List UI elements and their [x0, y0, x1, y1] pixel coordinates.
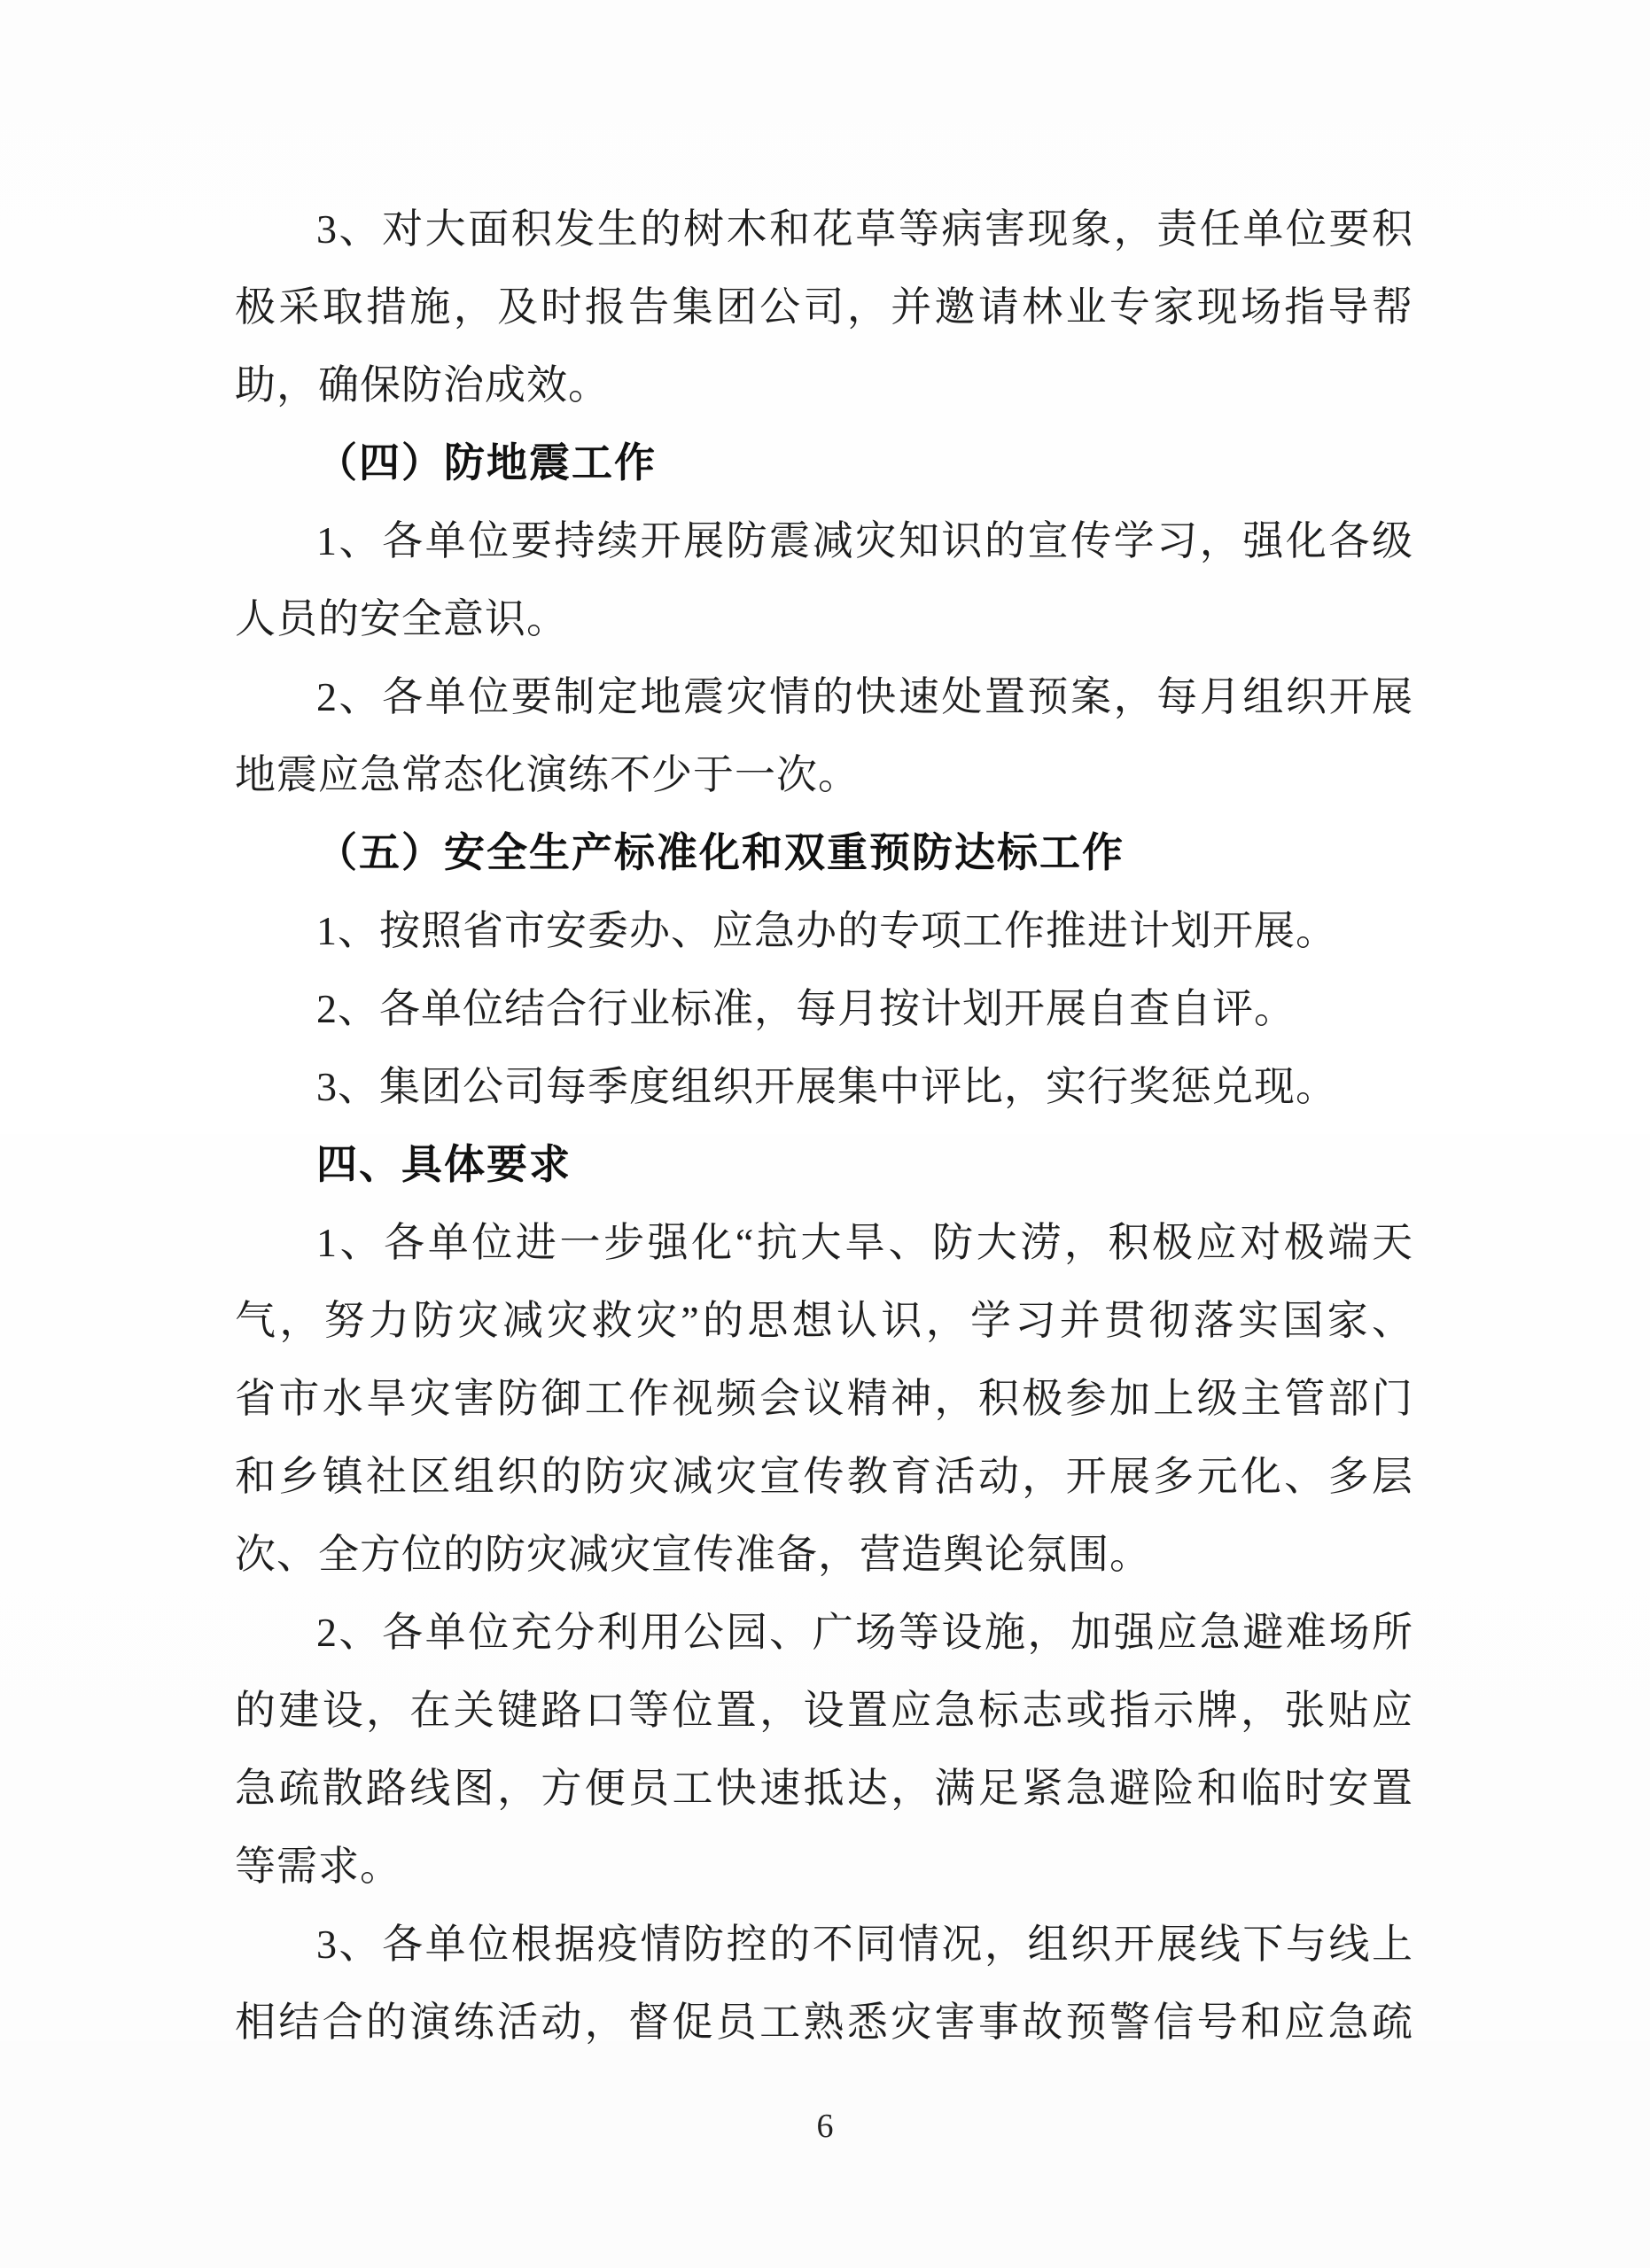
body-line: 1、各单位要持续开展防震减灾知识的宣传学习，强化各级: [235, 502, 1413, 580]
scanned-document-page: 3、对大面积发生的树木和花草等病害现象，责任单位要积 极采取措施，及时报告集团公…: [0, 0, 1650, 2268]
body-line: 2、各单位结合行业标准，每月按计划开展自查自评。: [235, 970, 1413, 1048]
body-line: 次、全方位的防灾减灾宣传准备，营造舆论氛围。: [235, 1516, 1413, 1594]
body-line: 助，确保防治成效。: [235, 346, 1413, 424]
body-line: 省市水旱灾害防御工作视频会议精神，积极参加上级主管部门: [235, 1360, 1413, 1438]
body-line: 2、各单位要制定地震灾情的快速处置预案，每月组织开展: [235, 658, 1413, 736]
body-line: 人员的安全意识。: [235, 580, 1413, 658]
body-line: 相结合的演练活动，督促员工熟悉灾害事故预警信号和应急疏: [235, 1984, 1413, 2062]
section-heading-5: （五）安全生产标准化和双重预防达标工作: [235, 814, 1413, 892]
body-line: 急疏散路线图，方便员工快速抵达，满足紧急避险和临时安置: [235, 1750, 1413, 1828]
body-line: 气，努力防灾减灾救灾”的思想认识，学习并贯彻落实国家、: [235, 1282, 1413, 1360]
section-heading-4: （四）防地震工作: [235, 424, 1413, 502]
body-line: 地震应急常态化演练不少于一次。: [235, 736, 1413, 814]
body-line: 3、各单位根据疫情防控的不同情况，组织开展线下与线上: [235, 1906, 1413, 1984]
body-line: 3、集团公司每季度组织开展集中评比，实行奖惩兑现。: [235, 1048, 1413, 1126]
section-heading-requirements: 四、具体要求: [235, 1126, 1413, 1204]
body-line: 的建设，在关键路口等位置，设置应急标志或指示牌，张贴应: [235, 1672, 1413, 1750]
body-line: 3、对大面积发生的树木和花草等病害现象，责任单位要积: [235, 190, 1413, 268]
body-line: 1、各单位进一步强化“抗大旱、防大涝，积极应对极端天: [235, 1204, 1413, 1282]
document-body: 3、对大面积发生的树木和花草等病害现象，责任单位要积 极采取措施，及时报告集团公…: [235, 190, 1413, 2062]
body-line: 等需求。: [235, 1828, 1413, 1906]
body-line: 2、各单位充分利用公园、广场等设施，加强应急避难场所: [235, 1594, 1413, 1672]
body-line: 极采取措施，及时报告集团公司，并邀请林业专家现场指导帮: [235, 268, 1413, 346]
body-line: 和乡镇社区组织的防灾减灾宣传教育活动，开展多元化、多层: [235, 1438, 1413, 1516]
page-number: 6: [0, 2107, 1650, 2146]
body-line: 1、按照省市安委办、应急办的专项工作推进计划开展。: [235, 892, 1413, 970]
